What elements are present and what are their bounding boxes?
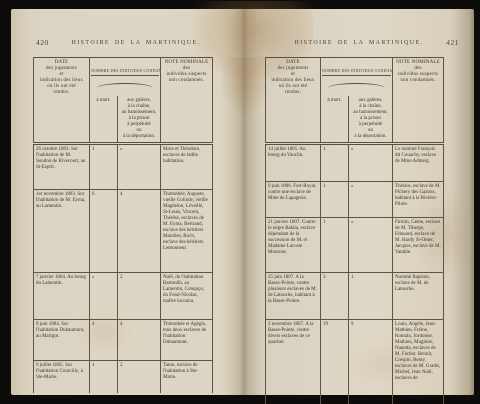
page-number-right: 421 bbox=[423, 38, 459, 47]
cell-mort: 6 bbox=[90, 189, 118, 272]
cell-galeres: » bbox=[349, 217, 393, 272]
cell-galeres: 2 bbox=[118, 360, 161, 393]
table-row: 9 juin 1804. Sur l'habitation Duhaumont,… bbox=[34, 319, 213, 360]
table-row: 7 janvier 1804. Au bourg du Lamentin. » … bbox=[34, 272, 213, 319]
column-header-condamnes: NOMBRE DES INDIVIDUS CONDAMNÉS bbox=[321, 58, 393, 96]
cell-mort: 1 bbox=[321, 181, 349, 217]
table-row: 25 juin 1807. A la Basse-Pointe, contre … bbox=[266, 272, 444, 319]
cell-note: More et Théodore, esclaves de ladite hab… bbox=[161, 143, 213, 189]
running-head-right: HISTOIRE DE LA MARTINIQUE. bbox=[269, 40, 449, 46]
judgments-table-421: DATE des jugements et indication des lie… bbox=[265, 57, 444, 404]
table-row: 2 novembre 1807. A la Basse-Pointe, cont… bbox=[266, 319, 444, 404]
cell-galeres: 4 bbox=[118, 189, 161, 272]
cell-mort: » bbox=[90, 272, 118, 319]
cell-note: Thésius, esclave de M. Pichery des Gazon… bbox=[393, 181, 444, 217]
cell-mort: 19 bbox=[321, 319, 349, 404]
condamnes-span-label: NOMBRE DES INDIVIDUS CONDAMNÉS bbox=[91, 66, 159, 76]
book-spread: 420 HISTOIRE DE LA MARTINIQUE. HISTOIRE … bbox=[11, 9, 474, 395]
cell-date: 26 octobre 1803. Sur l'habitation de M. … bbox=[34, 143, 90, 189]
cell-date: 2 novembre 1807. A la Basse-Pointe, cont… bbox=[266, 319, 321, 404]
table-row: 1er novembre 1803. Sur l'habitation de M… bbox=[34, 189, 213, 272]
cell-note: Taton, esclave de l'habitation à Ste-Mar… bbox=[161, 360, 213, 393]
brace-icon bbox=[328, 83, 385, 88]
page-stain bbox=[221, 57, 269, 115]
cell-date: 7 janvier 1804. Au bourg du Lamentin. bbox=[34, 272, 90, 319]
cell-date: 14 juillet 1805. Au bourg du Vauclin. bbox=[266, 143, 321, 181]
running-head-left: HISTOIRE DE LA MARTINIQUE. bbox=[51, 40, 221, 46]
cell-note: Noël, de l'habitation Bartouilh, au Lame… bbox=[161, 272, 213, 319]
table-row: 21 janvier 1807. Contre le nègre Balala,… bbox=[266, 217, 444, 272]
book-gutter-shadow bbox=[230, 9, 258, 395]
cell-note: Louis, Angèle, Jean-Mathieu, Fréine, Rom… bbox=[393, 319, 444, 404]
cell-mort: 1 bbox=[321, 217, 349, 272]
cell-galeres: 1 bbox=[349, 272, 393, 319]
column-header-note: NOTE NOMINALE des individus suspects non… bbox=[393, 58, 444, 144]
cell-note: Firmin, Géme, esclave de M. Tiberge, Edo… bbox=[393, 217, 444, 272]
cell-mort: 4 bbox=[90, 319, 118, 360]
cell-galeres: » bbox=[118, 143, 161, 189]
column-header-mort: à mort. bbox=[321, 96, 349, 144]
table-row: 14 juillet 1805. Au bourg du Vauclin. 1 … bbox=[266, 143, 444, 181]
cell-galeres: 2 bbox=[118, 272, 161, 319]
column-header-mort: à mort. bbox=[90, 96, 118, 144]
cell-galeres: » bbox=[349, 143, 393, 181]
column-header-galeres: aux galères, à la chaîne, au bannissemen… bbox=[118, 96, 161, 144]
column-header-note: NOTE NOMINALE des individus suspects non… bbox=[161, 58, 213, 144]
page-number-left: 420 bbox=[36, 38, 49, 47]
cell-mort: 1 bbox=[90, 360, 118, 393]
table-row: 9 juillet 1805. Sur l'habitation Courcil… bbox=[34, 360, 213, 393]
cell-date: 9 juillet 1805. Sur l'habitation Courcil… bbox=[34, 360, 90, 393]
table-row: 9 juin 1806. Fort-Royal, contre une escl… bbox=[266, 181, 444, 217]
cell-date: 9 juin 1806. Fort-Royal, contre une escl… bbox=[266, 181, 321, 217]
cell-date: 25 juin 1807. A la Basse-Pointe, contre … bbox=[266, 272, 321, 319]
cell-mort: 1 bbox=[321, 143, 349, 181]
column-header-condamnes: NOMBRE DES INDIVIDUS CONDAMNÉS bbox=[90, 58, 161, 96]
cell-date: 9 juin 1804. Sur l'habitation Duhaumont,… bbox=[34, 319, 90, 360]
brace-icon bbox=[97, 83, 153, 88]
cell-note: Thimothée et Agégis, tous deux esclaves … bbox=[161, 319, 213, 360]
cell-date: 21 janvier 1807. Contre le nègre Balala,… bbox=[266, 217, 321, 272]
table-row: 26 octobre 1803. Sur l'habitation de M. … bbox=[34, 143, 213, 189]
cell-note: Thimothée, Auguste, vieille Golinde, vie… bbox=[161, 189, 213, 272]
cell-galeres: 9 bbox=[349, 319, 393, 404]
column-header-date: DATE des jugements et indication des lie… bbox=[266, 58, 321, 144]
condamnes-span-label: NOMBRE DES INDIVIDUS CONDAMNÉS bbox=[322, 66, 391, 76]
cell-galeres: » bbox=[349, 181, 393, 217]
judgments-table-420: DATE des jugements et indication des lie… bbox=[33, 57, 213, 393]
cell-galeres: 4 bbox=[118, 319, 161, 360]
cell-mort: 1 bbox=[90, 143, 118, 189]
column-header-galeres: aux galères, à la chaîne, au bannissemen… bbox=[349, 96, 393, 144]
cell-note: Le nommé François dit Couachy, esclave d… bbox=[393, 143, 444, 181]
cell-note: Nommé Baptiste, esclave de M. de Latouch… bbox=[393, 272, 444, 319]
column-header-date: DATE des jugements et indication des lie… bbox=[34, 58, 90, 144]
cell-mort: 3 bbox=[321, 272, 349, 319]
cell-date: 1er novembre 1803. Sur l'habitation de M… bbox=[34, 189, 90, 272]
